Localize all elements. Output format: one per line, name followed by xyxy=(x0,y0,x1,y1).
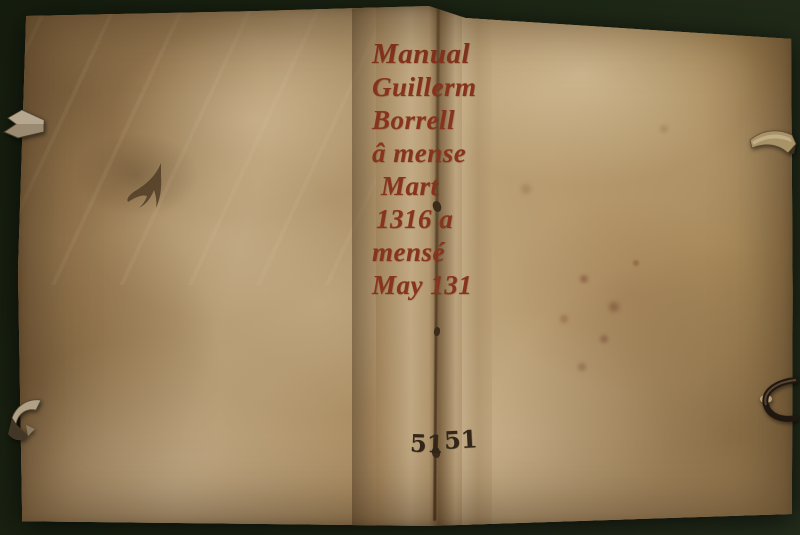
spine-title: Manual Guillerm Borrell â mense Mart 131… xyxy=(372,38,488,302)
parchment-veins-texture xyxy=(16,5,376,285)
spine-line: May 131 xyxy=(372,269,488,302)
page-number-left: 51 xyxy=(410,428,444,458)
stain-spots xyxy=(462,5,466,9)
spine-line: Mart xyxy=(381,170,488,203)
ink-blot-mark xyxy=(126,161,172,209)
tie-strap-bottom-left xyxy=(4,396,44,451)
tie-strap-bottom-right xyxy=(756,372,798,431)
spine-line: Borrell xyxy=(372,104,488,137)
parchment-book-cover: Manual Guillerm Borrell â mense Mart 131… xyxy=(16,5,795,527)
page-number-right: 51 xyxy=(443,424,478,455)
spine-line: Manual xyxy=(372,38,488,71)
spine-line: â mense xyxy=(372,137,488,170)
spine-line: Guillerm xyxy=(372,71,488,104)
tie-strap-top-right xyxy=(748,122,798,169)
photo-canvas: { "photo": { "spine": { "lines": ["Manua… xyxy=(0,0,800,535)
photo-background: Manual Guillerm Borrell â mense Mart 131… xyxy=(0,0,800,535)
right-cover xyxy=(462,5,795,527)
spine-line: mensé xyxy=(372,236,488,269)
spine-line: 1316 a xyxy=(376,203,488,236)
tie-strap-top-left xyxy=(2,108,46,149)
